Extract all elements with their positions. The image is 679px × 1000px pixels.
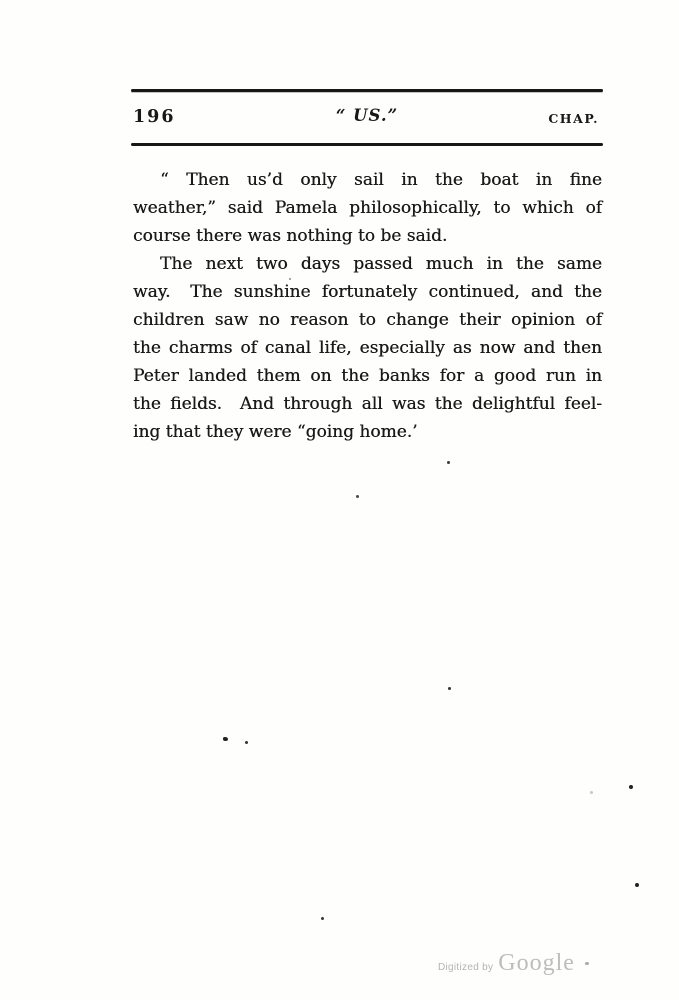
digitized-by-google-watermark: Digitized by Google: [438, 950, 575, 977]
text-line: children saw no reason to change their o…: [133, 306, 602, 334]
text-line: The next two days passed much in the sam…: [133, 250, 602, 278]
text-line: weather,” said Pamela philosophically, t…: [133, 194, 602, 222]
scanned-book-page: 196 “ US.” CHAP. “ Then us’d only sail i…: [0, 0, 679, 1000]
ink-speck: [289, 278, 291, 280]
text-line: the fields. And through all was the deli…: [133, 390, 602, 418]
ink-speck: [635, 883, 639, 887]
text-line: way. The sunshine fortunately continued,…: [133, 278, 602, 306]
ink-speck: [629, 785, 633, 789]
ink-speck: [447, 461, 450, 464]
ink-speck: [321, 917, 324, 920]
text-line: course there was nothing to be said.: [133, 222, 602, 250]
text-line: “ Then us’d only sail in the boat in fin…: [133, 166, 602, 194]
chapter-label: CHAP.: [548, 111, 599, 126]
text-line: Peter landed them on the banks for a goo…: [133, 362, 602, 390]
header-rule-top: [131, 89, 603, 92]
ink-speck: [448, 687, 451, 690]
text-line: the charms of canal life, especially as …: [133, 334, 602, 362]
ink-speck: [585, 962, 589, 965]
ink-speck: [356, 495, 359, 498]
text-line: ing that they were “going home.’: [133, 418, 602, 446]
watermark-prefix: Digitized by: [438, 962, 493, 973]
ink-speck: [223, 737, 228, 741]
header-rule-bottom: [131, 143, 603, 146]
ink-speck: [590, 791, 593, 794]
body-text: “ Then us’d only sail in the boat in fin…: [133, 166, 602, 446]
running-header: 196 “ US.” CHAP.: [131, 101, 603, 137]
running-title: “ US.”: [131, 106, 603, 125]
google-logo: Google: [498, 950, 575, 977]
ink-speck: [245, 741, 248, 744]
